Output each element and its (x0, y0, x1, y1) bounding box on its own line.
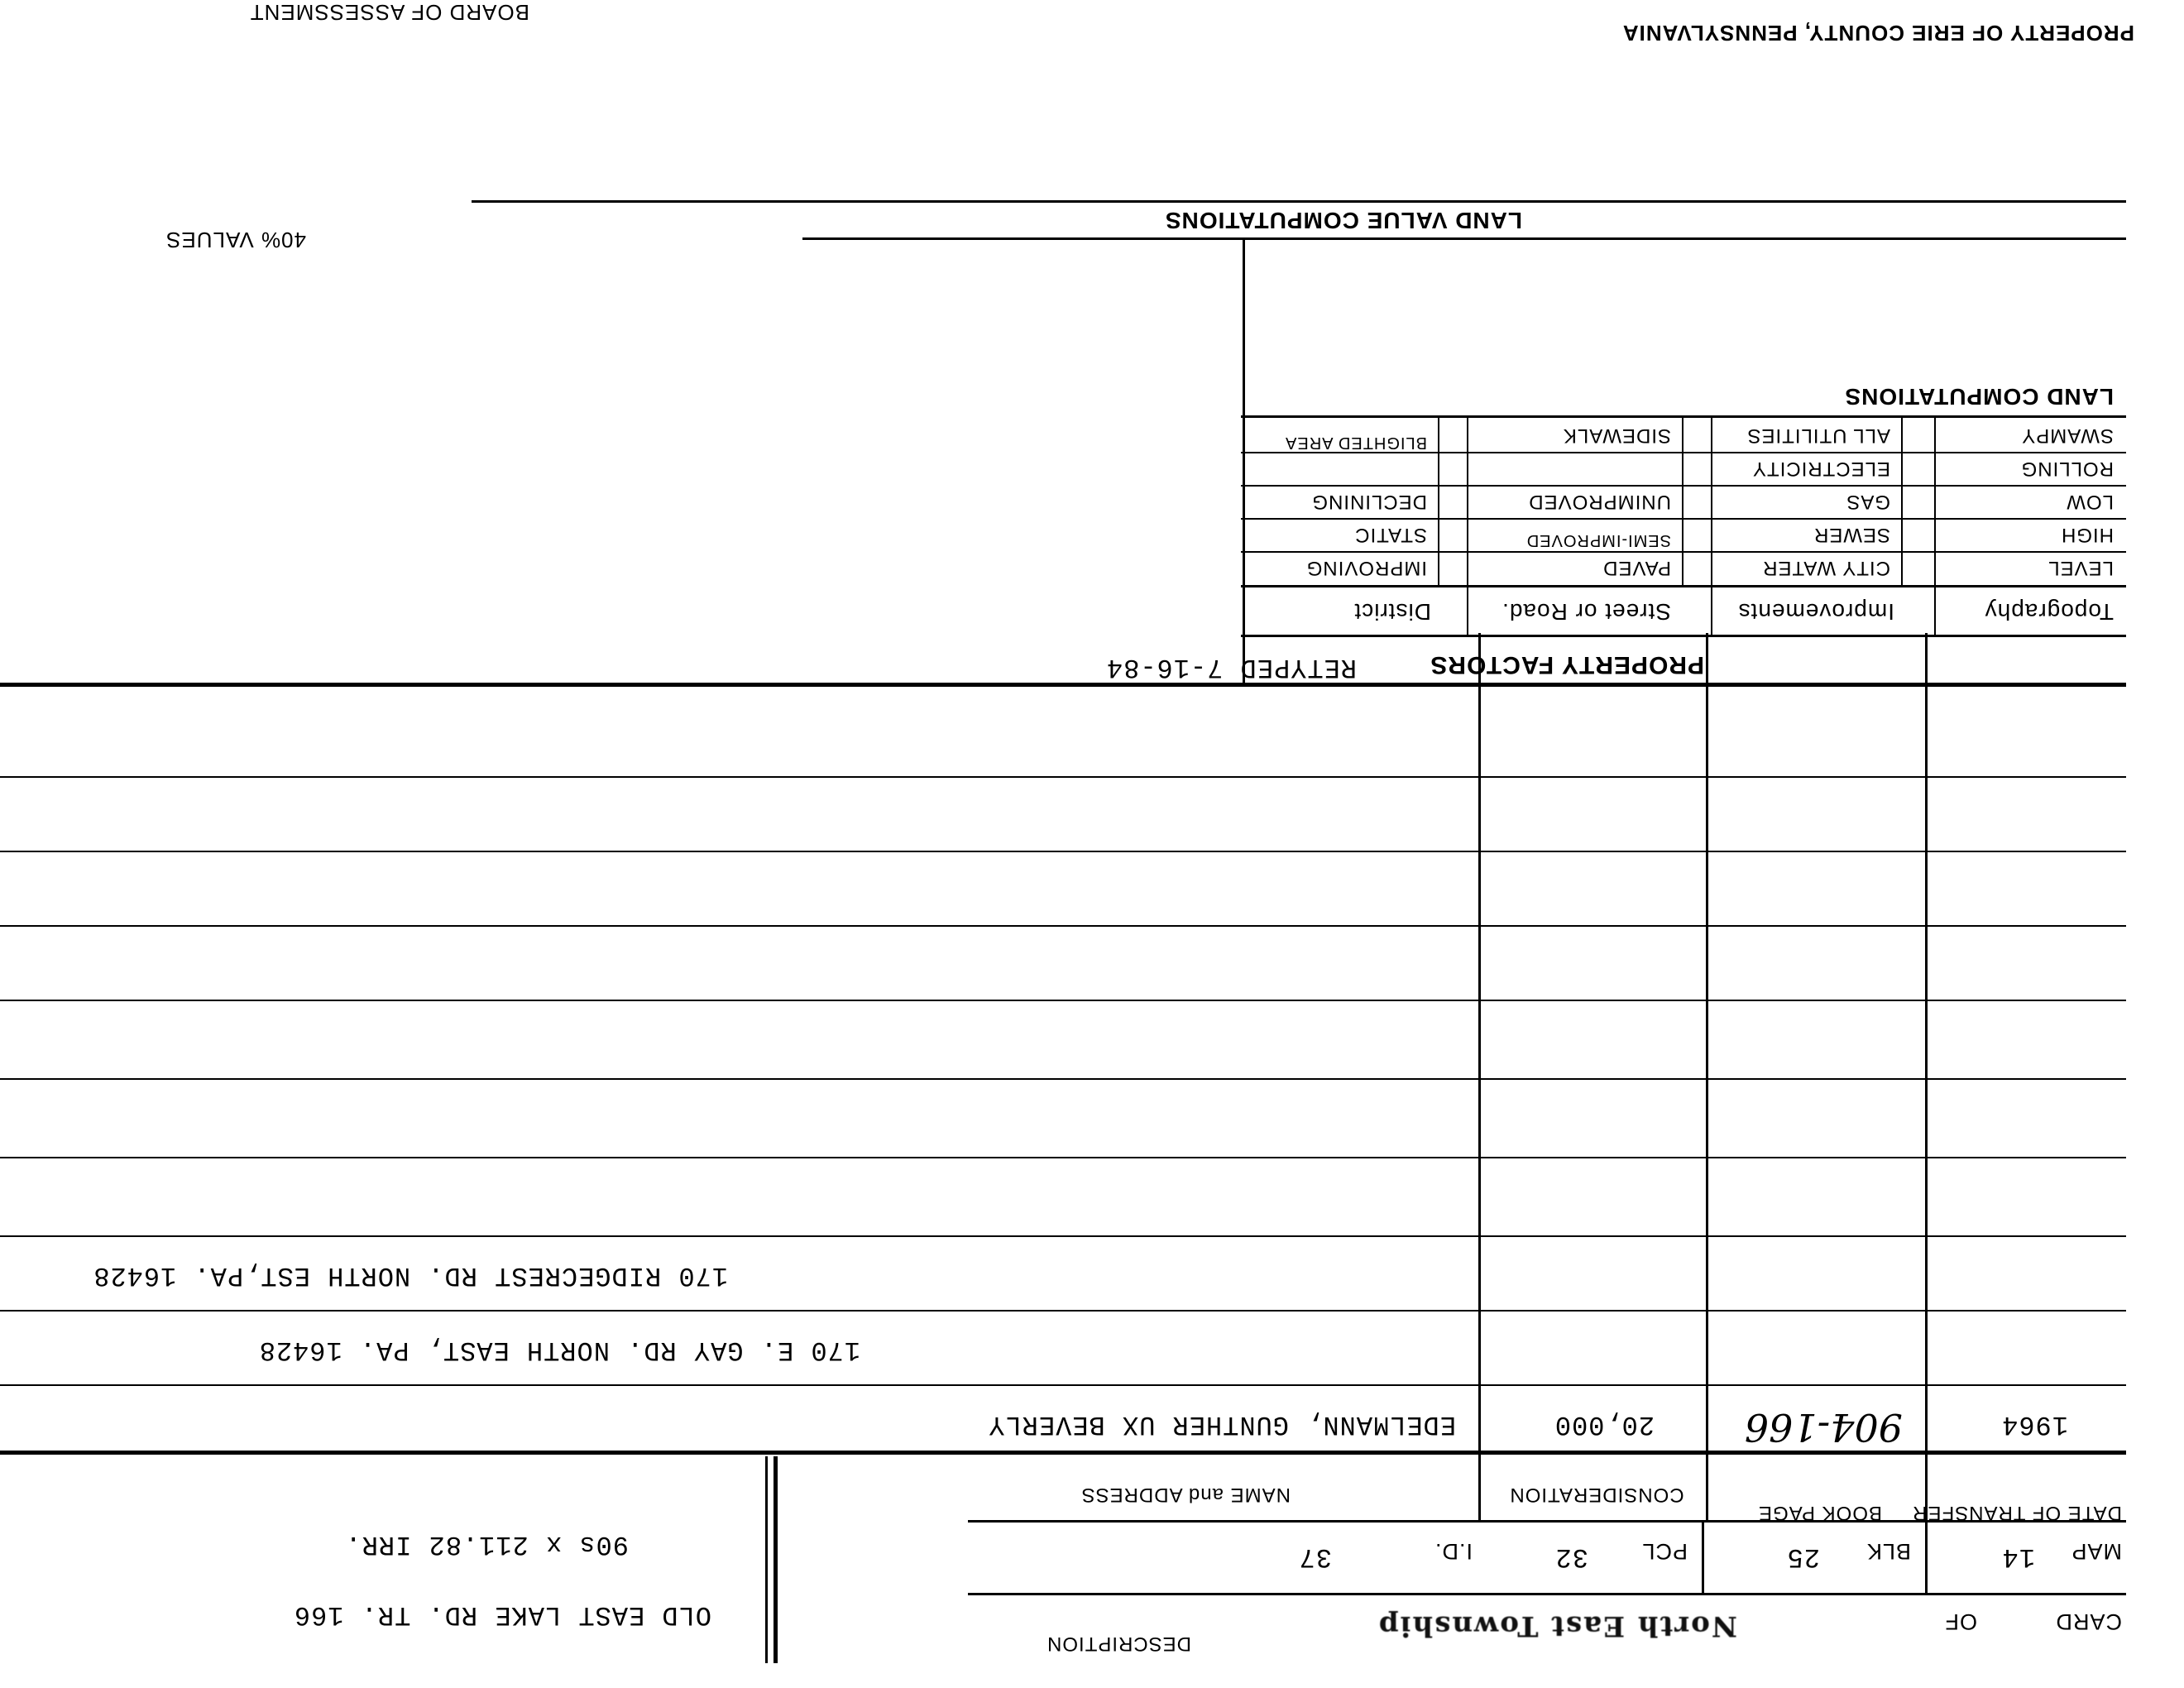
street-unimproved[interactable]: UNIMPROVED (1528, 490, 1671, 513)
transfer-book-page[interactable]: 904-166 (1745, 1405, 1903, 1450)
pcl-value[interactable]: 32 (1555, 1542, 1588, 1572)
divider (802, 237, 2126, 240)
property-record-card: PROPERTY OF ERIE COUNTY, PENNSYLVANIA BO… (0, 0, 2184, 1688)
transfer-consideration[interactable]: 20,000 (1554, 1409, 1655, 1440)
row-line (0, 851, 2126, 852)
blk-value[interactable]: 25 (1787, 1542, 1820, 1572)
topography-header: Topography (1985, 598, 2114, 625)
divider (1682, 418, 1683, 587)
consideration-header: CONSIDERATION (1489, 1483, 1704, 1506)
forty-percent-header: 40% VALUES (165, 227, 306, 252)
row-line (0, 1157, 2126, 1158)
divider (1925, 1521, 1928, 1595)
street-paved[interactable]: PAVED (1602, 556, 1671, 579)
date-of-transfer-header: DATE OF TRANSFER (1923, 1503, 2122, 1523)
row-line (1241, 485, 2126, 487)
transfer-address-1[interactable]: 170 E. GAY RD. NORTH EAST, PA. 16428 (259, 1335, 860, 1365)
divider (765, 1456, 768, 1663)
divider (1243, 240, 1245, 687)
row-line (0, 925, 2126, 927)
land-value-computations-title: LAND VALUE COMPUTATIONS (1165, 207, 1522, 233)
description-line-1[interactable]: OLD EAST LAKE RD. TR. 166 (294, 1599, 711, 1630)
card-of-label: OF (1945, 1609, 1978, 1634)
blk-label: BLK (1866, 1538, 1911, 1564)
divider (968, 1593, 2126, 1595)
district-header: District (1353, 598, 1431, 625)
divider (0, 1451, 2126, 1455)
township-stamp: North East Township (1377, 1609, 1737, 1642)
divider (1934, 418, 1936, 637)
district-blighted-area[interactable]: BLIGHTED AREA (1262, 435, 1427, 450)
name-address-header: NAME and ADDRESS (1081, 1483, 1291, 1506)
divider (1241, 585, 2126, 587)
row-line (0, 1078, 2126, 1080)
property-factors-title: PROPERTY FACTORS (1430, 650, 1704, 679)
topo-swampy[interactable]: SWAMPY (2021, 424, 2114, 447)
row-line (1241, 518, 2126, 520)
impr-electricity[interactable]: ELECTRICITY (1752, 457, 1890, 480)
row-line (1241, 452, 2126, 453)
row-line (1241, 551, 2126, 553)
divider (1241, 635, 2126, 637)
district-improving[interactable]: IMPROVING (1306, 556, 1427, 579)
row-line (0, 1000, 2126, 1001)
topo-low[interactable]: LOW (2066, 490, 2114, 513)
impr-gas[interactable]: GAS (1846, 490, 1890, 513)
pcl-label: PCL (1641, 1538, 1688, 1564)
divider (472, 200, 2126, 203)
impr-city-water[interactable]: CITY WATER (1762, 556, 1890, 579)
row-line (0, 1235, 2126, 1237)
topo-level[interactable]: LEVEL (2047, 556, 2114, 579)
transfer-owner-name[interactable]: EDELMANN, GUNTHER UX BEVERLY (988, 1409, 1456, 1440)
transfer-date[interactable]: 1964 (2001, 1409, 2068, 1440)
card-label: CARD (2055, 1609, 2122, 1634)
divider (773, 1456, 778, 1663)
topo-high[interactable]: HIGH (2061, 523, 2114, 546)
divider (1467, 418, 1468, 637)
description-line-2[interactable]: 90s x 211.82 IRR. (345, 1529, 629, 1560)
divider (1702, 1521, 1704, 1595)
divider (0, 683, 2126, 687)
divider (1711, 418, 1712, 637)
id-label: I.D. (1434, 1538, 1473, 1564)
impr-sewer[interactable]: SEWER (1813, 523, 1890, 546)
street-semi-improved[interactable]: SEMI-IMPROVED (1489, 533, 1671, 548)
board-of-assessment-line: BOARD OF ASSESSMENT (250, 0, 529, 25)
row-line (0, 776, 2126, 778)
land-computations-title: LAND COMPUTATIONS (1845, 383, 2115, 410)
improvements-header: Improvements (1738, 598, 1894, 625)
street-sidewalk[interactable]: SIDEWALK (1563, 424, 1671, 447)
erie-county-owner-line: PROPERTY OF ERIE COUNTY, PENNSYLVANIA (1622, 20, 2134, 46)
topo-rolling[interactable]: ROLLING (2021, 457, 2114, 480)
street-road-header: Street or Road. (1501, 598, 1671, 625)
transfer-address-2[interactable]: 170 RIDGECREST RD. NORTH EST,PA. 16428 (93, 1260, 728, 1291)
district-declining[interactable]: DECLINING (1311, 490, 1427, 513)
divider (1901, 418, 1903, 587)
row-line (1241, 415, 2126, 418)
row-line (0, 1310, 2126, 1312)
retyped-note: RETYPED 7-16-84 (1106, 652, 1357, 683)
divider (1438, 418, 1439, 587)
book-page-header: BOOK PAGE (1721, 1503, 1919, 1523)
map-value[interactable]: 14 (2002, 1542, 2035, 1572)
district-static[interactable]: STATIC (1354, 523, 1427, 546)
description-label: DESCRIPTION (1046, 1632, 1191, 1655)
id-value[interactable]: 37 (1299, 1542, 1332, 1572)
row-line (0, 1384, 2126, 1386)
impr-all-utilities[interactable]: ALL UTILITIES (1747, 424, 1891, 447)
map-label: MAP (2071, 1538, 2122, 1564)
